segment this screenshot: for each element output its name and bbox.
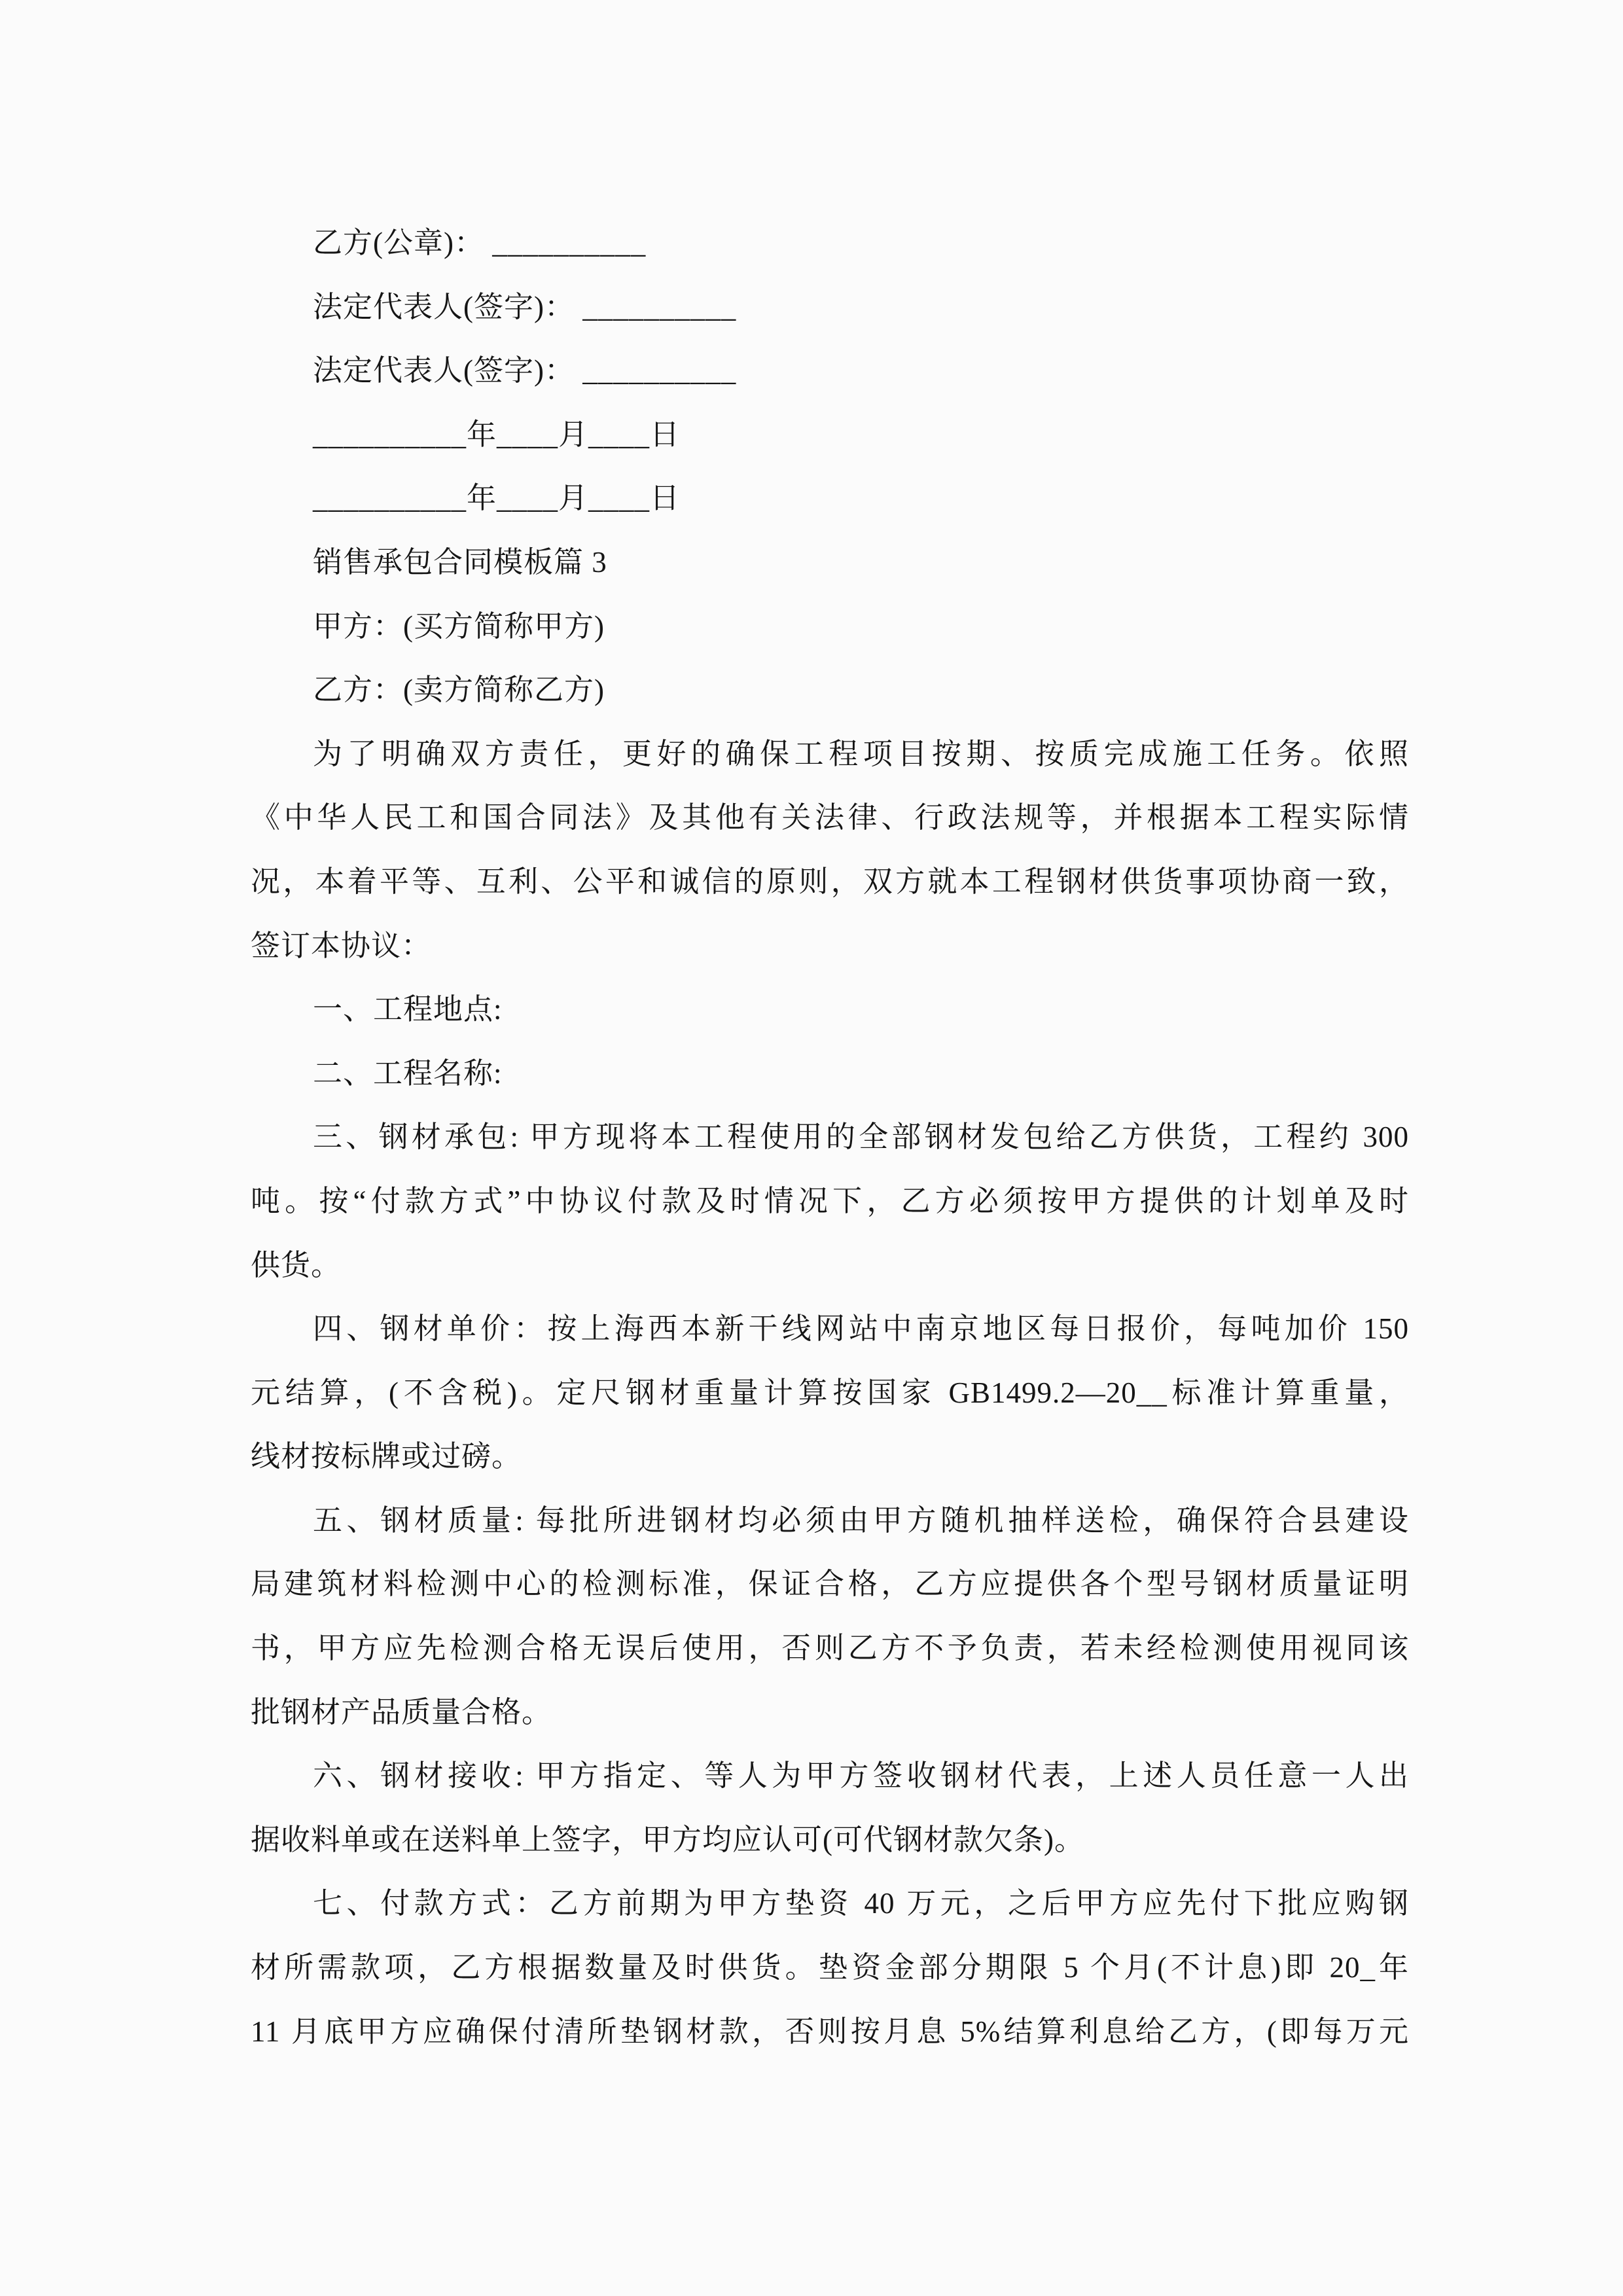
- text-line: 材所需款项，乙方根据数量及时供货。垫资金部分期限 5 个月(不计息)即 20_年: [251, 1936, 1409, 2000]
- text-line: 签订本协议：: [251, 914, 1409, 978]
- text-line: 一、工程地点:: [251, 978, 1409, 1042]
- text-line: 六、钢材接收: 甲方指定、等人为甲方签收钢材代表，上述人员任意一人出: [251, 1744, 1409, 1808]
- text-line: 况，本着平等、互利、公平和诚信的原则，双方就本工程钢材供货事项协商一致，: [251, 850, 1409, 914]
- text-line: __________年____月____日: [251, 467, 1409, 531]
- text-line: 乙方：(卖方简称乙方): [251, 658, 1409, 723]
- text-line: 11 月底甲方应确保付清所垫钢材款，否则按月息 5%结算利息给乙方，(即每万元: [251, 2000, 1409, 2064]
- text-line: 法定代表人(签字)： __________: [251, 276, 1409, 340]
- text-line: 三、钢材承包: 甲方现将本工程使用的全部钢材发包给乙方供货，工程约 300: [251, 1105, 1409, 1170]
- text-line: 局建筑材料检测中心的检测标准，保证合格，乙方应提供各个型号钢材质量证明: [251, 1552, 1409, 1617]
- text-line: 五、钢材质量: 每批所进钢材均必须由甲方随机抽样送检，确保符合县建设: [251, 1489, 1409, 1553]
- text-line: 《中华人民工和国合同法》及其他有关法律、行政法规等，并根据本工程实际情: [251, 786, 1409, 850]
- text-line: 吨。按“付款方式”中协议付款及时情况下，乙方必须按甲方提供的计划单及时: [251, 1170, 1409, 1234]
- text-line: 书，甲方应先检测合格无误后使用，否则乙方不予负责，若未经检测使用视同该: [251, 1617, 1409, 1681]
- text-line: __________年____月____日: [251, 403, 1409, 467]
- text-line: 批钢材产品质量合格。: [251, 1681, 1409, 1745]
- text-line: 乙方(公章)： __________: [251, 211, 1409, 276]
- document-page: 乙方(公章)： __________法定代表人(签字)： __________法…: [0, 0, 1623, 2296]
- page: { "page": { "background": "#fbfbfb", "te…: [0, 0, 1623, 2296]
- text-line: 元结算，(不含税)。定尺钢材重量计算按国家 GB1499.2—20__标准计算重…: [251, 1361, 1409, 1426]
- contract-text: 乙方(公章)： __________法定代表人(签字)： __________法…: [251, 211, 1409, 2064]
- text-line: 供货。: [251, 1234, 1409, 1298]
- text-line: 销售承包合同模板篇 3: [251, 531, 1409, 595]
- text-line: 七、付款方式：乙方前期为甲方垫资 40 万元，之后甲方应先付下批应购钢: [251, 1872, 1409, 1936]
- text-line: 甲方：(买方简称甲方): [251, 595, 1409, 659]
- text-line: 法定代表人(签字)： __________: [251, 339, 1409, 403]
- text-line: 为了明确双方责任，更好的确保工程项目按期、按质完成施工任务。依照: [251, 723, 1409, 787]
- text-line: 线材按标牌或过磅。: [251, 1425, 1409, 1489]
- text-line: 据收料单或在送料单上签字，甲方均应认可(可代钢材款欠条)。: [251, 1808, 1409, 1873]
- text-line: 四、钢材单价：按上海西本新干线网站中南京地区每日报价，每吨加价 150: [251, 1297, 1409, 1361]
- text-line: 二、工程名称:: [251, 1042, 1409, 1106]
